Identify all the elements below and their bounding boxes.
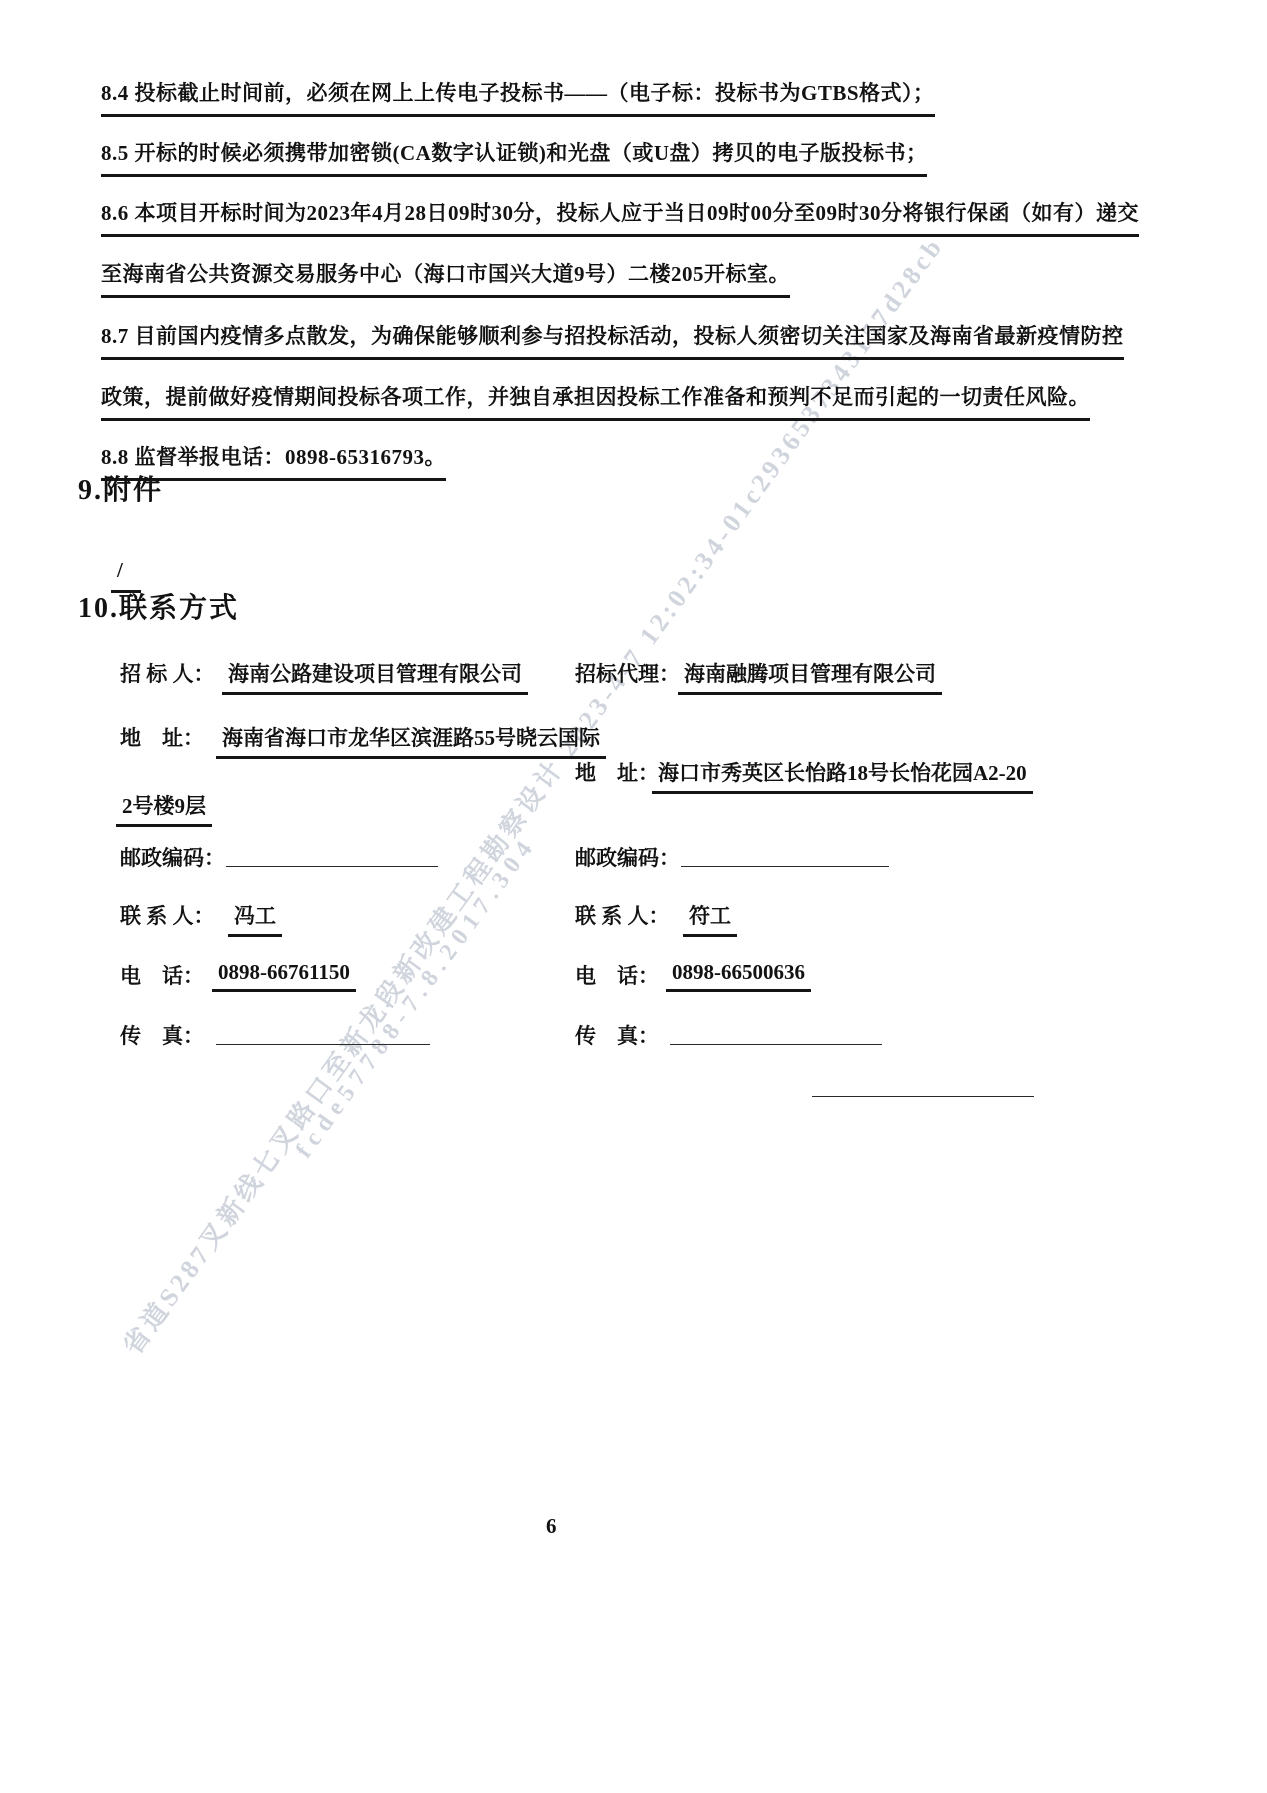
tenderer-phone-label: 电 话： xyxy=(120,960,204,990)
agent-phone-label: 电 话： xyxy=(575,960,659,990)
tenderer-postcode-label: 邮政编码： xyxy=(120,842,225,872)
tenderer-contact-value: 冯工 xyxy=(228,900,282,937)
tenderer-value: 海南公路建设项目管理有限公司 xyxy=(222,658,528,695)
agent-phone-value: 0898-66500636 xyxy=(666,960,811,992)
agent-postcode-label: 邮政编码： xyxy=(575,842,680,872)
agent-address-label: 地 址： xyxy=(575,757,659,787)
clause-8-4-text: 8.4 投标截止时间前，必须在网上上传电子投标书——（电子标：投标书为GTBS格… xyxy=(101,77,935,117)
agent-postcode-blank xyxy=(681,842,889,867)
tenderer-address-label: 地 址： xyxy=(120,722,204,752)
agent-fax-blank xyxy=(670,1020,882,1045)
tenderer-contact-label: 联 系 人： xyxy=(120,900,215,930)
tenderer-phone-value: 0898-66761150 xyxy=(212,960,356,992)
agent-value: 海南融腾项目管理有限公司 xyxy=(678,658,942,695)
tenderer-label: 招 标 人： xyxy=(120,658,215,688)
agent-contact-value: 符工 xyxy=(683,900,737,937)
page-number: 6 xyxy=(546,1514,557,1539)
clause-8-6-line2-text: 至海南省公共资源交易服务中心（海口市国兴大道9号）二楼205开标室。 xyxy=(101,258,790,298)
agent-address-value: 海口市秀英区长怡路18号长怡花园A2-20 xyxy=(652,757,1033,794)
diagonal-watermark-line2: fcde57788-7.8.2017.304 xyxy=(291,832,542,1164)
tenderer-fax-label: 传 真： xyxy=(120,1020,204,1050)
agent-fax-label: 传 真： xyxy=(575,1020,659,1050)
extra-blank-line xyxy=(812,1072,1034,1097)
clause-8-7-line2-text: 政策，提前做好疫情期间投标各项工作，并独自承担因投标工作准备和预判不足而引起的一… xyxy=(101,381,1090,421)
clause-8-5-text: 8.5 开标的时候必须携带加密锁(CA数字认证锁)和光盘（或U盘）拷贝的电子版投… xyxy=(101,137,927,177)
tenderer-fax-blank xyxy=(216,1020,430,1045)
tenderer-address-value-line2: 2号楼9层 xyxy=(116,790,212,827)
agent-label: 招标代理： xyxy=(575,658,680,688)
agent-contact-label: 联 系 人： xyxy=(575,900,670,930)
tenderer-address-value-line1: 海南省海口市龙华区滨涯路55号晓云国际 xyxy=(216,722,606,759)
section-9-heading: 9.附件 xyxy=(78,468,163,508)
document-page: 省道S287叉新线七叉路口至新龙段新改建工程勘察设计 2023-4-7 12:0… xyxy=(0,0,1267,1793)
tenderer-postcode-blank xyxy=(226,842,438,867)
clause-8-7-line1-text: 8.7 目前国内疫情多点散发，为确保能够顺利参与招投标活动，投标人须密切关注国家… xyxy=(101,320,1124,360)
section-10-heading: 10.联系方式 xyxy=(78,586,239,626)
clause-8-6-line1-text: 8.6 本项目开标时间为2023年4月28日09时30分，投标人应于当日09时0… xyxy=(101,197,1139,237)
